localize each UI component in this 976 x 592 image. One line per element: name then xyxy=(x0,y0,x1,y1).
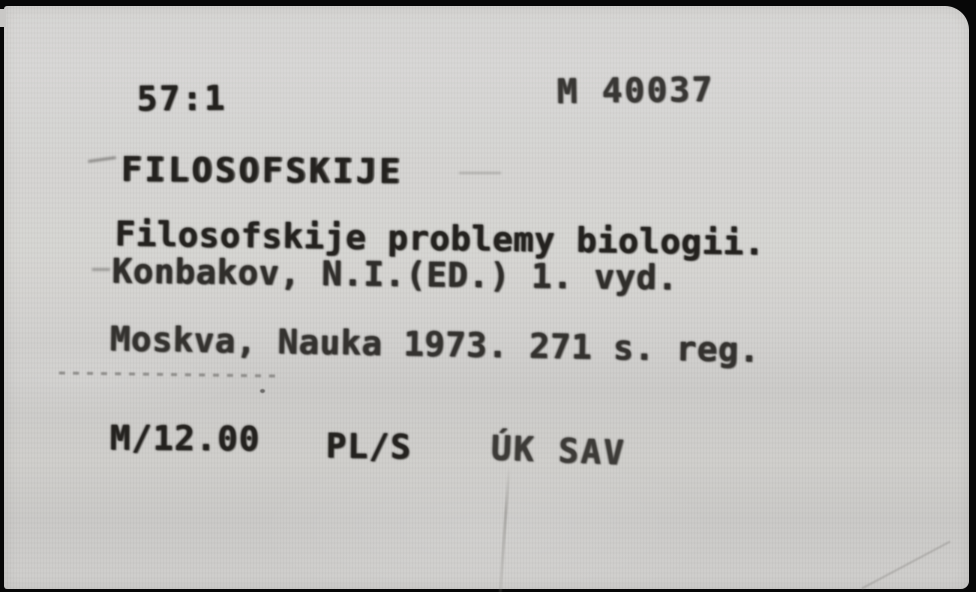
stray-mark xyxy=(92,268,110,271)
format-code: PL/S xyxy=(326,430,412,465)
classification-number: 57:1 xyxy=(137,82,227,117)
editor-edition-line: Konbakov, N.I.(ED.) 1. vyd. xyxy=(112,255,679,296)
imprint-line: Moskva, Nauka 1973. 271 s. reg. xyxy=(110,322,761,367)
scan-edge-notch xyxy=(0,9,6,27)
paper-crease xyxy=(861,541,950,590)
shelf-mark: M 40037 xyxy=(557,73,715,109)
paper-crease xyxy=(498,466,510,592)
ink-dot xyxy=(260,389,265,393)
ink-smudge-line xyxy=(59,371,277,377)
stray-mark xyxy=(459,172,501,174)
price-mark: M/12.00 xyxy=(110,421,261,456)
library-stamp: ÚK SAV xyxy=(490,431,626,470)
catalog-card: 57:1 M 40037 FILOSOFSKIJE Filosofskije p… xyxy=(4,6,969,589)
scanned-image: 57:1 M 40037 FILOSOFSKIJE Filosofskije p… xyxy=(0,0,976,592)
heading-entry: FILOSOFSKIJE xyxy=(121,153,403,189)
stray-mark xyxy=(88,156,116,163)
